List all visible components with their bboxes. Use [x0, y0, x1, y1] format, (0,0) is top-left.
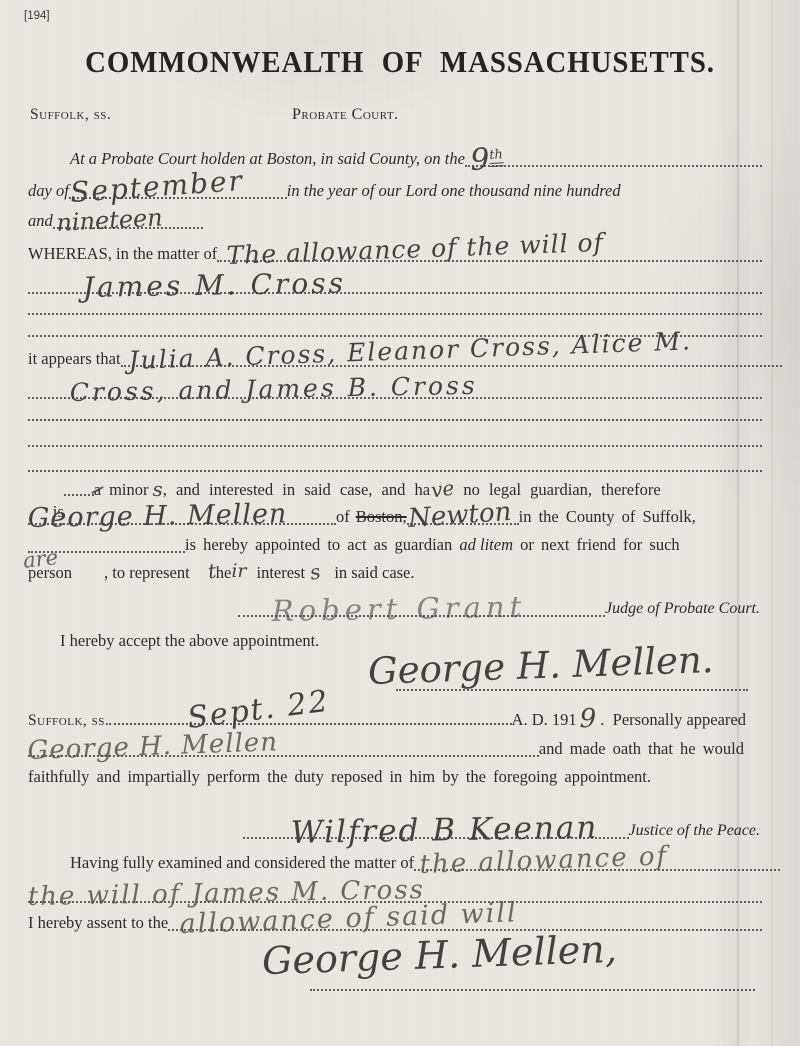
blank-ruled-line — [28, 453, 762, 475]
justice-signature-line: Wilfred B Keenan Justice of the Peace. — [243, 820, 760, 842]
guardian-name-line: George H. Mellen of Boston, Newton in th… — [28, 506, 762, 528]
in-said-case-text: in said case. — [334, 562, 414, 584]
boston-struck-out: Boston, — [356, 506, 407, 528]
opening-line-2-text: in the year of our Lord one thousand nin… — [287, 180, 621, 202]
day-ordinal: th — [489, 147, 504, 167]
personally-appeared-text: . Personally appeared — [596, 709, 746, 731]
guardian-name-field: George H. Mellen — [28, 506, 336, 528]
dotted-line — [310, 989, 755, 991]
interested-text: , and interested in said case, and ha — [163, 479, 430, 501]
decree-line-1: Having fully examined and considered the… — [28, 852, 780, 874]
dotted-line — [28, 470, 762, 472]
and-label: and — [28, 210, 53, 232]
final-signature-line — [310, 972, 755, 994]
decree-matter-field: the allowance of — [414, 852, 780, 874]
empty-field — [28, 453, 762, 475]
acceptance-statement: I hereby accept the above appointment. — [60, 630, 319, 652]
opening-line-1: At a Probate Court holden at Boston, in … — [28, 148, 762, 170]
empty-field — [28, 402, 762, 424]
county-label: Suffolk, ss. — [30, 104, 111, 126]
opening-line-2: day of September in the year of our Lord… — [28, 180, 762, 202]
acceptance-signature-line — [396, 672, 748, 694]
handwritten-names-2: Cross, and James B. Cross — [70, 375, 478, 404]
justice-signature: Wilfred B Keenan — [291, 817, 599, 844]
judge-signature-field: Robert Grant — [238, 598, 605, 620]
whereas-line-1: WHEREAS, in the matter of The allowance … — [28, 243, 762, 265]
handwritten-t: t — [207, 560, 217, 583]
dotted-line — [28, 419, 762, 421]
handwritten-oath-name: George H. Mellen — [27, 731, 278, 762]
appointed-line: is hereby appointed to act as guardian a… — [28, 534, 762, 556]
blank-ruled-line — [28, 428, 762, 450]
examined-text: Having fully examined and considered the… — [70, 852, 414, 874]
appears-line-1: it appears that Julia A. Cross, Eleanor … — [28, 348, 782, 370]
handwritten-decree-matter: the allowance of — [419, 845, 668, 876]
handwritten-day-number: 9th — [470, 144, 504, 172]
document-title: COMMONWEALTH OF MASSACHUSETTS. — [28, 44, 772, 80]
judge-title: Judge of Probate Court. — [605, 598, 760, 620]
blank-ruled-line — [28, 402, 762, 424]
appears-label: it appears that — [28, 348, 121, 370]
assent-line: I hereby assent to the allowance of said… — [28, 912, 762, 934]
court-label: Probate Court. — [292, 104, 399, 126]
he-word: he — [216, 562, 232, 584]
appointed-text: is hereby appointed to act as guardian — [185, 534, 459, 556]
oath-line-2: George H. Mellen and made oath that he w… — [28, 738, 744, 760]
made-oath-text: and made oath that he would — [539, 738, 744, 760]
handwritten-town: Newton — [407, 501, 512, 530]
ad-litem-text: ad litem — [459, 534, 513, 556]
dotted-line — [64, 494, 94, 496]
a-word-struck: a — [94, 479, 101, 501]
oath-line-1: Suffolk, ss. Sept. 22 A. D. 191 9 . Pers… — [28, 706, 746, 728]
interest-word: interest — [256, 562, 305, 584]
oath-county-label: Suffolk, ss. — [28, 710, 109, 732]
decedent-name-field: James M. Cross — [28, 275, 762, 297]
county-label-text: Suffolk, ss. — [30, 104, 111, 126]
day-number-field: 9th — [465, 148, 762, 170]
court-label-text: Probate Court. — [292, 104, 399, 126]
dotted-line — [28, 313, 762, 315]
judge-signature: Robert Grant — [272, 596, 527, 622]
judge-signature-line: Robert Grant Judge of Probate Court. — [238, 598, 760, 620]
dotted-line — [465, 165, 762, 167]
handwritten-year-digit: 9 — [580, 708, 597, 730]
represent-text: , to represent — [104, 562, 190, 584]
justice-title: Justice of the Peace. — [629, 820, 761, 842]
handwritten-year: nineteen — [56, 206, 163, 234]
page-number: [194] — [24, 10, 50, 22]
oath-line-3: faithfully and impartially perform the d… — [28, 766, 651, 788]
signature-rule — [310, 972, 755, 994]
assent-text: I hereby assent to the — [28, 912, 168, 934]
handwritten-interest-s: s — [308, 560, 322, 583]
year-field: nineteen — [53, 210, 203, 232]
of-word: of — [336, 506, 350, 528]
oath-date-field: Sept. 22 — [109, 706, 511, 728]
handwritten-plural-s: s — [153, 478, 163, 500]
empty-field — [28, 428, 762, 450]
opening-line-3: and nineteen — [28, 210, 203, 232]
handwritten-ir: ir — [231, 560, 246, 582]
matter-field: The allowance of the will of — [217, 243, 762, 265]
whereas-line-2: James M. Cross — [28, 275, 762, 297]
handwritten-ve: ve — [430, 476, 456, 501]
dotted-line — [28, 551, 185, 553]
represent-line: person , to represent t he ir interest s… — [28, 560, 415, 582]
scan-streak — [771, 0, 773, 1046]
empty-field — [28, 534, 185, 556]
signature-rule — [396, 672, 748, 694]
oath-name-field: George H. Mellen — [28, 738, 539, 760]
blank-ruled-line — [28, 296, 762, 318]
dotted-line — [396, 689, 748, 691]
minor-status-line: is are a minor s , and interested in sai… — [28, 477, 762, 499]
minor-word: minor — [109, 479, 148, 501]
short-dotted-gap — [64, 477, 94, 499]
handwritten-decedent-name: James M. Cross — [83, 272, 347, 299]
probate-court-form-page: [194] COMMONWEALTH OF MASSACHUSETTS. Suf… — [0, 0, 800, 1046]
justice-signature-field: Wilfred B Keenan — [243, 820, 629, 842]
day-digit: 9 — [469, 142, 490, 178]
town-field: Newton — [407, 506, 519, 528]
interested-names-field: Julia A. Cross, Eleanor Cross, Alice M. — [121, 348, 782, 370]
oath-duty-text: faithfully and impartially perform the d… — [28, 766, 651, 788]
next-friend-text: or next friend for such — [513, 534, 680, 556]
acceptance-text: I hereby accept the above appointment. — [60, 630, 319, 652]
interested-names-field-2: Cross, and James B. Cross — [28, 380, 762, 402]
dotted-line — [109, 723, 511, 725]
month-field: September — [69, 180, 287, 202]
appears-line-2: Cross, and James B. Cross — [28, 380, 762, 402]
whereas-label: WHEREAS, in the matter of — [28, 243, 217, 265]
person-word: person — [28, 562, 72, 584]
handwritten-guardian-name: George H. Mellen — [28, 503, 288, 530]
assent-field: allowance of said will — [168, 912, 762, 934]
empty-field — [28, 296, 762, 318]
ad-label: A. D. 191 — [512, 709, 577, 731]
day-of-label: day of — [28, 180, 69, 202]
county-of-suffolk-text: in the County of Suffolk, — [519, 506, 696, 528]
opening-line-1-text: At a Probate Court holden at Boston, in … — [70, 148, 465, 170]
dotted-line — [28, 445, 762, 447]
